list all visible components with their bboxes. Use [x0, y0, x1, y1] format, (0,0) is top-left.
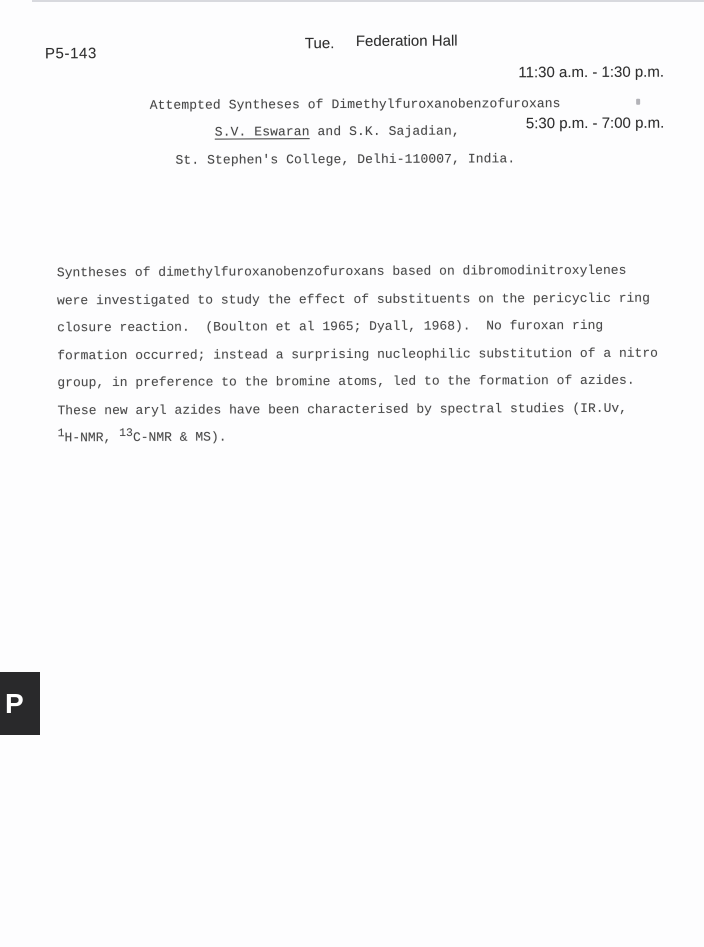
abstract-affiliation: St. Stephen's College, Delhi-110007, Ind… [0, 150, 697, 168]
abstract-authors: S.V. Eswaran and S.K. Sajadian, [0, 123, 689, 141]
abstract-line: group, in preference to the bromine atom… [57, 367, 677, 397]
superscript-proton: 1 [58, 427, 65, 440]
scan-speck [636, 99, 640, 105]
abstract-line: were investigated to study the effect of… [57, 284, 677, 314]
abstract-line: Syntheses of dimethylfuroxanobenzofuroxa… [57, 257, 677, 287]
nmr-text-b: C-NMR & MS). [133, 430, 227, 445]
index-tab-letter: P [0, 690, 24, 718]
abstract-line: formation occurred; instead a surprising… [57, 339, 677, 369]
scanned-abstract-page: P5-143 Tue. Federation Hall 11:30 a.m. -… [0, 0, 704, 947]
session-time-morning: 11:30 a.m. - 1:30 p.m. [489, 64, 664, 82]
session-venue: Federation Hall [356, 33, 458, 50]
coauthors: and S.K. Sajadian, [310, 124, 460, 140]
abstract-line: These new aryl azides have been characte… [57, 394, 677, 424]
abstract-body: Syntheses of dimethylfuroxanobenzofuroxa… [57, 257, 678, 453]
abstract-title: Attempted Syntheses of Dimethylfuroxanob… [3, 95, 704, 113]
nmr-text-a: H-NMR, [64, 430, 119, 445]
superscript-carbon13: 13 [119, 427, 133, 440]
session-code: P5-143 [45, 45, 97, 62]
presenting-author: S.V. Eswaran [215, 124, 310, 139]
page-content: P5-143 Tue. Federation Hall 11:30 a.m. -… [0, 0, 704, 947]
session-day: Tue. [305, 35, 335, 52]
index-tab-p: P [0, 672, 40, 735]
abstract-line-nmr: 1H-NMR, 13C-NMR & MS). [58, 422, 678, 453]
abstract-line: closure reaction. (Boulton et al 1965; D… [57, 312, 677, 342]
